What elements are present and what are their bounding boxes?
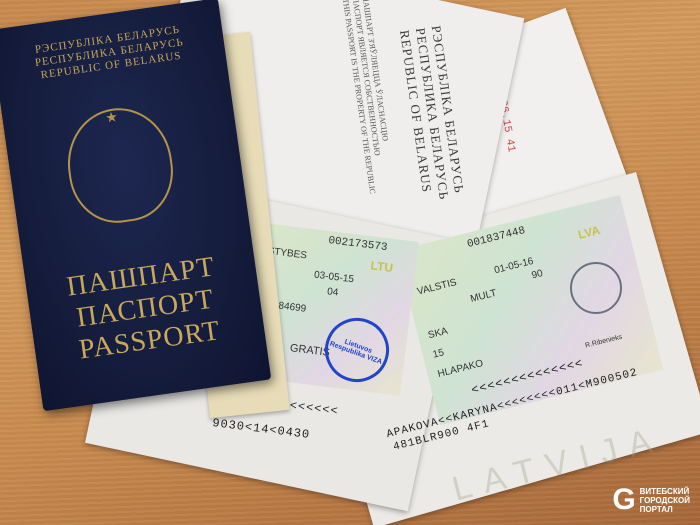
visa-country-code: LTU xyxy=(370,258,394,275)
coat-of-arms-icon xyxy=(61,102,180,229)
visa-date: 01-05-16 xyxy=(493,256,535,276)
g-logo-icon: G xyxy=(612,485,635,515)
cover-country-name: РЭСПУБЛІКА БЕЛАРУСЬ РЕСПУБЛИКА БЕЛАРУСЬ … xyxy=(0,18,226,89)
portal-watermark-logo: G ВИТЕБСКИЙ ГОРОДСКОЙ ПОРТАЛ xyxy=(612,485,690,515)
cover-title: ПАШПАРТ ПАСПОРТ PASSPORT xyxy=(25,246,266,373)
visa-entries: 04 xyxy=(326,286,338,298)
visa-duration: 90 xyxy=(531,268,544,281)
visa-number: 002173573 xyxy=(328,235,388,254)
visa-signature: R.Ribenieks xyxy=(585,334,623,350)
latvia-consular-stamp xyxy=(570,262,622,314)
visa-entries-type: MULT xyxy=(469,288,497,305)
visa-country-code: LVA xyxy=(577,223,602,242)
visa-surname: HLAPAKO xyxy=(437,358,485,380)
visa-date: 03-05-15 xyxy=(313,270,354,286)
portal-name: ВИТЕБСКИЙ ГОРОДСКОЙ ПОРТАЛ xyxy=(640,487,690,514)
